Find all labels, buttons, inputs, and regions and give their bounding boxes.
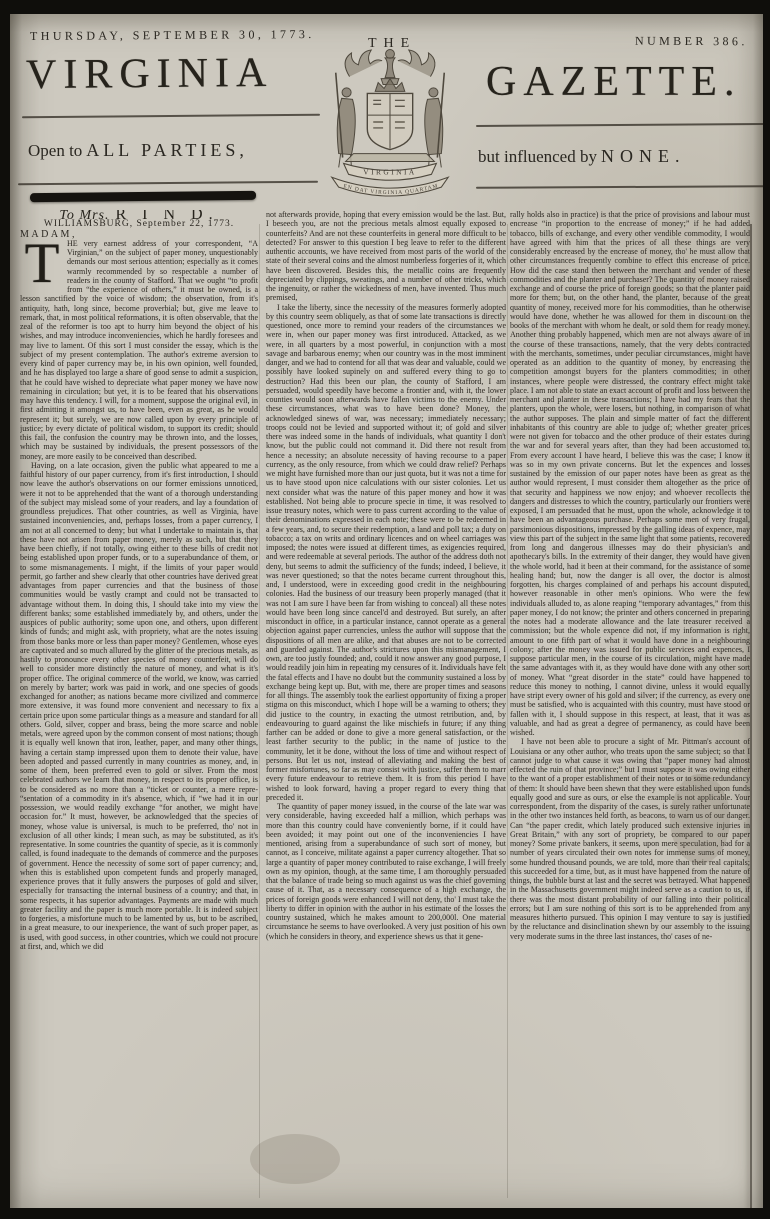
page-fold-crease — [750, 224, 752, 1209]
scan-border-right — [763, 0, 770, 1219]
masthead-rule-right-upper — [476, 123, 770, 127]
age-spot — [670, 774, 730, 864]
newspaper-page: THURSDAY, SEPTEMBER 30, 1773. THE NUMBER… — [10, 14, 763, 1208]
article-body: To Mrs.R I N D. WILLIAMSBURG, September … — [10, 210, 763, 1204]
masthead-motto-right: but influenced by NONE. — [478, 146, 685, 167]
motto-left-plain: Open to — [28, 141, 82, 160]
scan-border-left — [0, 0, 10, 1219]
issue-number: NUMBER 386. — [635, 34, 748, 50]
masthead-title-virginia: VIRGINIA — [26, 49, 274, 99]
column-divider-2 — [507, 224, 508, 1198]
virginia-coat-of-arms-icon: VIRGINIA EN DAT VIRGINIA QUARTAM — [316, 42, 464, 204]
text-column-2: not afterwards provide, hoping that ever… — [266, 210, 506, 1204]
article-paragraph: THE very earnest address of your corresp… — [20, 239, 258, 461]
drop-cap: T — [20, 241, 64, 293]
article-paragraph: not afterwards provide, hoping that ever… — [266, 210, 506, 303]
motto-left-caps: ALL PARTIES, — [86, 140, 248, 160]
article-paragraph: rally holds also in practice) is that th… — [510, 210, 750, 737]
scan-border-bottom — [0, 1208, 770, 1219]
letter-salutation: MADAM, — [20, 230, 258, 239]
motto-right-plain: but influenced by — [478, 147, 597, 166]
article-paragraph: I take the liberty, since the necessity … — [266, 303, 506, 803]
column-divider-1 — [259, 224, 260, 1198]
age-spot — [250, 1134, 340, 1184]
masthead-rule-left-lower — [18, 181, 318, 186]
article-paragraph: Having, on a late occasion, given the pu… — [20, 461, 258, 951]
article-paragraph: The quantity of paper money issued, in t… — [266, 802, 506, 941]
text-column-1: To Mrs.R I N D. WILLIAMSBURG, September … — [20, 210, 258, 1204]
issue-date: THURSDAY, SEPTEMBER 30, 1773. — [30, 27, 315, 44]
ink-smear-bar — [30, 191, 256, 202]
masthead-title-gazette: GAZETTE. — [486, 58, 741, 106]
masthead-motto-left: Open to ALL PARTIES, — [28, 140, 248, 161]
scan-border-top — [0, 0, 770, 14]
age-spot — [710, 314, 750, 434]
crest-ribbon-text: VIRGINIA — [363, 167, 416, 176]
masthead-rule-left-upper — [22, 114, 320, 119]
motto-right-caps: NONE. — [601, 146, 686, 166]
masthead-rule-right-lower — [476, 185, 770, 189]
